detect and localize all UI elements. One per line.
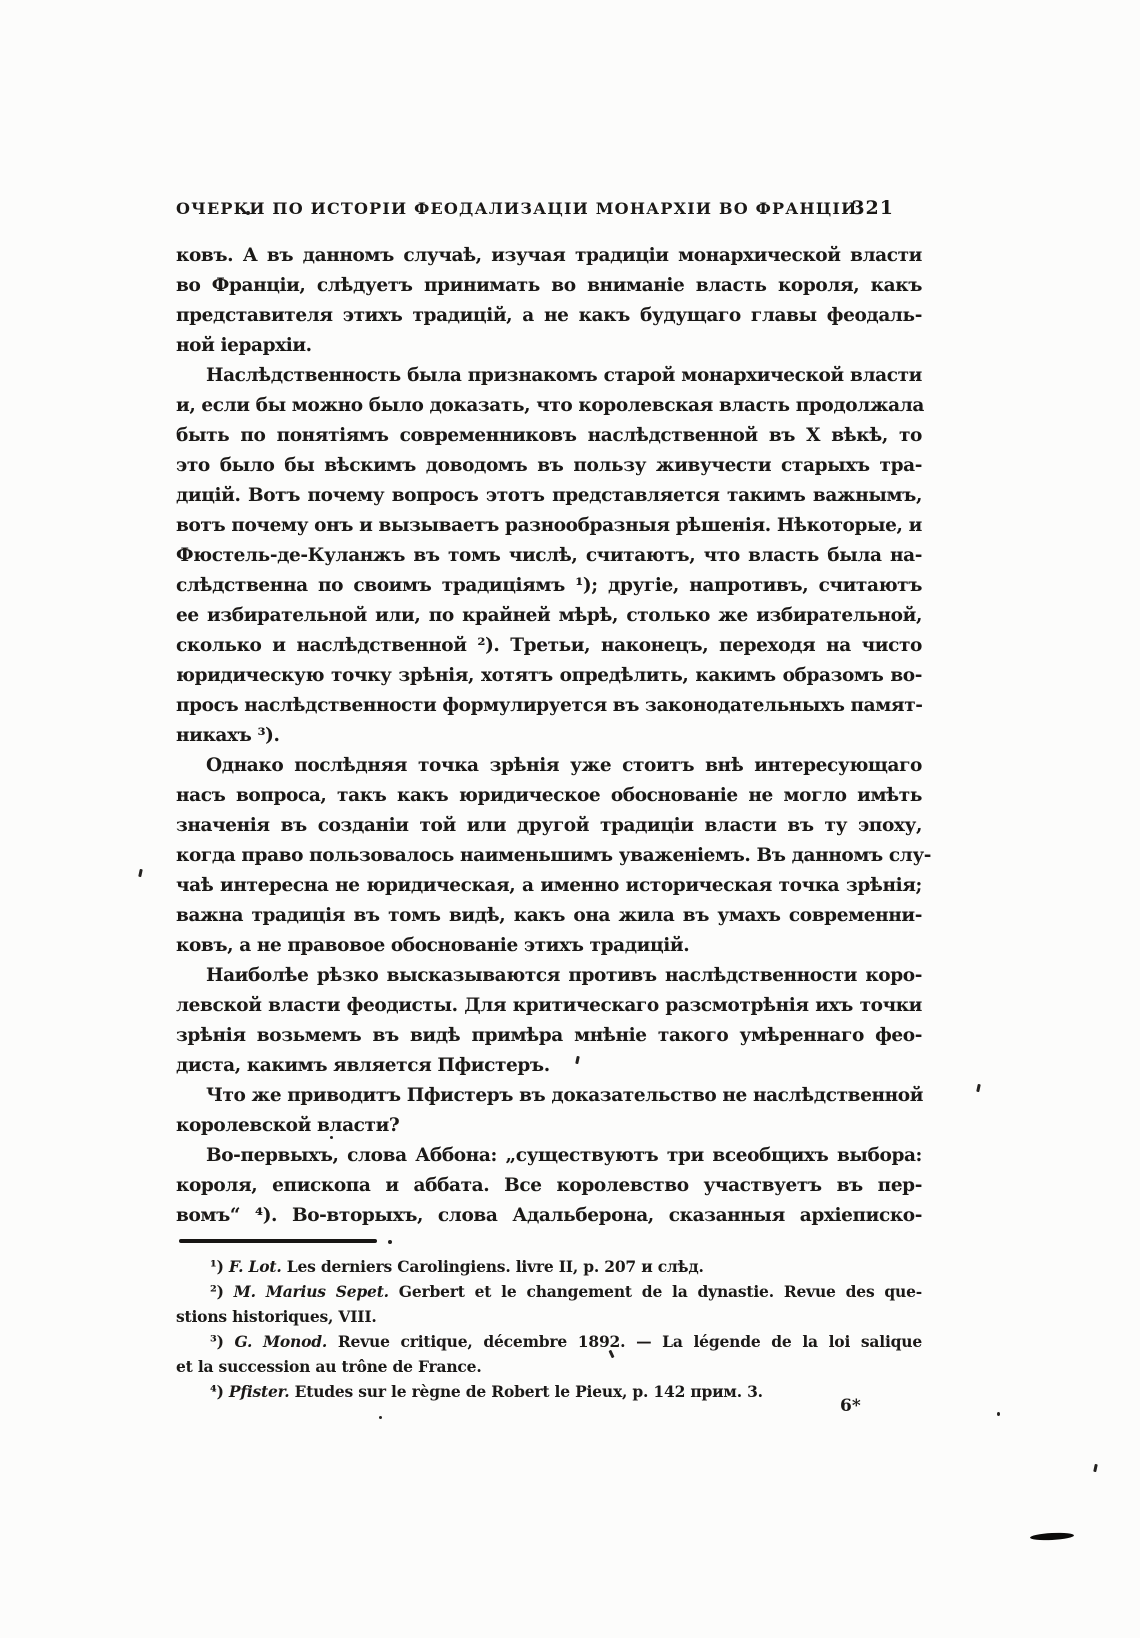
- footnote-marker: ²): [210, 1282, 234, 1301]
- paragraph: Во-первыхъ, слова Аббона: „существуютъ т…: [176, 1141, 922, 1231]
- running-head-title: ОЧЕРКИ ПО ИСТОРІИ ФЕОДАЛИЗАЦІИ МОНАРХІИ …: [176, 199, 862, 218]
- text-line: слѣдственна по своимъ традиціямъ ¹); дру…: [176, 571, 922, 601]
- footnote-marker: ³): [210, 1332, 235, 1351]
- text-line: Однако послѣдняя точка зрѣнія уже стоитъ…: [176, 751, 922, 781]
- scan-speckle: [138, 869, 143, 877]
- text-line: представителя этихъ традицій, а не какъ …: [176, 301, 922, 331]
- text-line: значенія въ созданіи той или другой трад…: [176, 811, 922, 841]
- text-line: никахъ ³).: [176, 721, 922, 751]
- footnote-line: ³) G. Monod. Revue critique, décembre 18…: [176, 1329, 922, 1354]
- text-line: просъ наслѣдственности формулируется въ …: [176, 691, 922, 721]
- footnote-line: ²) M. Marius Sepet. Gerbert et le change…: [176, 1279, 922, 1304]
- book-page: ОЧЕРКИ ПО ИСТОРІИ ФЕОДАЛИЗАЦІИ МОНАРХІИ …: [0, 0, 1140, 1638]
- footnote: ²) M. Marius Sepet. Gerbert et le change…: [176, 1279, 922, 1329]
- paragraph: Наслѣдственность была признакомъ старой …: [176, 361, 922, 751]
- text-line: Во-первыхъ, слова Аббона: „существуютъ т…: [176, 1141, 922, 1171]
- footnote-marker: ¹): [210, 1257, 229, 1276]
- footnote-rule: [179, 1239, 377, 1243]
- text-line: вомъ“ ⁴). Во-вторыхъ, слова Адальберона,…: [176, 1201, 922, 1231]
- paragraph: Что же приводитъ Пфистеръ въ доказательс…: [176, 1081, 922, 1141]
- paragraph: ковъ. А въ данномъ случаѣ, изучая традиц…: [176, 241, 922, 361]
- text-line: сколько и наслѣдственной ²). Третьи, нак…: [176, 631, 922, 661]
- scan-smudge: [1030, 1532, 1074, 1541]
- text-line: важна традиція въ томъ видѣ, какъ она жи…: [176, 901, 922, 931]
- scan-speckle: [388, 1240, 392, 1244]
- footnote-text: Revue critique, décembre 1892. — La lége…: [327, 1332, 922, 1351]
- running-head: ОЧЕРКИ ПО ИСТОРІИ ФЕОДАЛИЗАЦІИ МОНАРХІИ …: [176, 199, 922, 223]
- text-line: чаѣ интересна не юридическая, а именно и…: [176, 871, 922, 901]
- footnote-text: Les derniers Carolingiens. livre II, p. …: [282, 1257, 704, 1276]
- scan-speckle: [1093, 1464, 1098, 1472]
- scan-speckle: [330, 1136, 333, 1139]
- text-line: ковъ. А въ данномъ случаѣ, изучая традиц…: [176, 241, 922, 271]
- text-line: быть по понятіямъ современниковъ наслѣдс…: [176, 421, 922, 451]
- text-line: и, если бы можно было доказать, что коро…: [176, 391, 922, 421]
- paragraph: Однако послѣдняя точка зрѣнія уже стоитъ…: [176, 751, 922, 961]
- footnote-author: G. Monod.: [235, 1332, 328, 1351]
- body-text: ковъ. А въ данномъ случаѣ, изучая традиц…: [176, 241, 922, 1231]
- text-line: зрѣнія возьмемъ въ видѣ примѣра мнѣніе т…: [176, 1021, 922, 1051]
- scan-speckle: [997, 1412, 1000, 1416]
- text-line: ной іерархіи.: [176, 331, 922, 361]
- footnote-author: M. Marius Sepet.: [234, 1282, 389, 1301]
- text-line: Наиболѣе рѣзко высказываются противъ нас…: [176, 961, 922, 991]
- text-line: Фюстель-де-Куланжъ въ томъ числѣ, считаю…: [176, 541, 922, 571]
- footnote: ⁴) Pfister. Etudes sur le règne de Rober…: [176, 1379, 922, 1404]
- text-line: королевской власти?: [176, 1111, 922, 1141]
- text-line: Наслѣдственность была признакомъ старой …: [176, 361, 922, 391]
- footnote-author: F. Lot.: [229, 1257, 282, 1276]
- footnote-text: Etudes sur le règne de Robert le Pieux, …: [289, 1382, 762, 1401]
- footnote-author: Pfister.: [229, 1382, 290, 1401]
- text-line: короля, епископа и аббата. Все королевст…: [176, 1171, 922, 1201]
- footnote-line: ¹) F. Lot. Les derniers Carolingiens. li…: [176, 1254, 922, 1279]
- text-line: диста, какимъ является Пфистеръ.: [176, 1051, 922, 1081]
- footnote-line: ⁴) Pfister. Etudes sur le règne de Rober…: [176, 1379, 922, 1404]
- footnote-marker: ⁴): [210, 1382, 229, 1401]
- text-line: это было бы вѣскимъ доводомъ въ пользу ж…: [176, 451, 922, 481]
- footnote-text: et la succession au trône de France.: [176, 1357, 482, 1376]
- text-line: ковъ, а не правовое обоснованіе этихъ тр…: [176, 931, 922, 961]
- scan-speckle: [246, 211, 250, 215]
- text-line: когда право пользовалось наименьшимъ ува…: [176, 841, 922, 871]
- footnotes-block: ¹) F. Lot. Les derniers Carolingiens. li…: [176, 1254, 922, 1404]
- footnote-text: Gerbert et le changement de la dynastie.…: [389, 1282, 922, 1301]
- footnote: ¹) F. Lot. Les derniers Carolingiens. li…: [176, 1254, 922, 1279]
- text-line: левской власти феодисты. Для критическаг…: [176, 991, 922, 1021]
- text-line: насъ вопроса, такъ какъ юридическое обос…: [176, 781, 922, 811]
- paragraph: Наиболѣе рѣзко высказываются противъ нас…: [176, 961, 922, 1081]
- footnote-line: stions historiques, VIII.: [176, 1304, 922, 1329]
- text-line: вотъ почему онъ и вызываетъ разнообразны…: [176, 511, 922, 541]
- footnote: ³) G. Monod. Revue critique, décembre 18…: [176, 1329, 922, 1379]
- text-line: дицій. Вотъ почему вопросъ этотъ предста…: [176, 481, 922, 511]
- scan-speckle: [379, 1416, 382, 1419]
- text-line: Что же приводитъ Пфистеръ въ доказательс…: [176, 1081, 922, 1111]
- footnote-line: et la succession au trône de France.: [176, 1354, 922, 1379]
- text-line: ее избирательной или, по крайней мѣрѣ, с…: [176, 601, 922, 631]
- page-signature: 6*: [840, 1396, 861, 1416]
- scan-speckle: [976, 1084, 981, 1092]
- text-line: юридическую точку зрѣнія, хотятъ опредѣл…: [176, 661, 922, 691]
- text-line: во Франціи, слѣдуетъ принимать во вниман…: [176, 271, 922, 301]
- page-number: 321: [851, 197, 894, 219]
- footnote-text: stions historiques, VIII.: [176, 1307, 377, 1326]
